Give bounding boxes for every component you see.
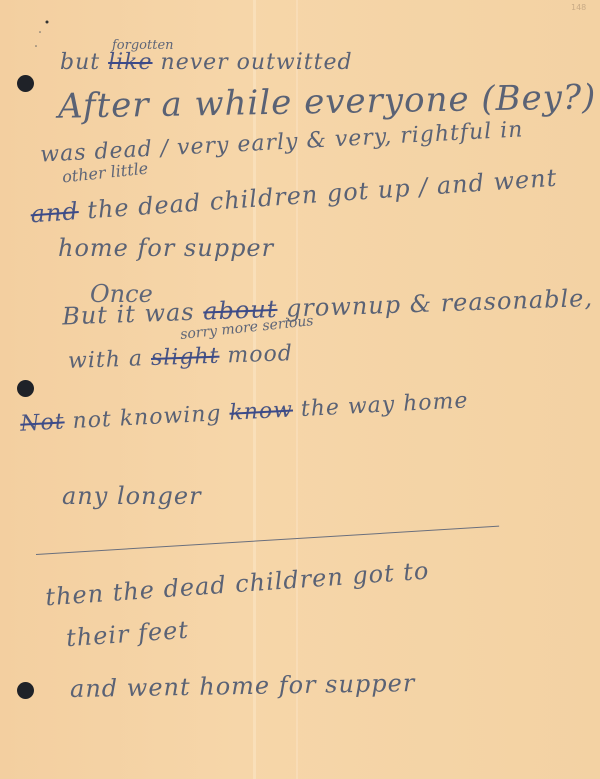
- handwritten-line: but like never outwitted: [60, 50, 353, 75]
- handwritten-line: then the dead children got to: [44, 557, 430, 612]
- struck-word: slight: [151, 344, 220, 371]
- page-number: 148: [571, 3, 586, 12]
- punch-hole: [17, 75, 34, 92]
- punch-hole: [17, 380, 34, 397]
- handwritten-line: home for supper: [58, 234, 274, 262]
- struck-word: and: [30, 197, 80, 228]
- section-divider-line: [36, 526, 499, 555]
- struck-word: like: [108, 50, 152, 75]
- handwritten-line: with a slight mood: [68, 341, 294, 374]
- struck-word: Not: [20, 409, 66, 436]
- handwritten-line: Not not knowing know the way home: [20, 388, 469, 436]
- handwritten-line: their feet: [65, 616, 190, 653]
- struck-word: know: [229, 397, 294, 425]
- punch-hole: [17, 682, 34, 699]
- handwritten-line: any longer: [62, 482, 202, 510]
- manuscript-page: 148 forgotten but like never outwitted A…: [0, 0, 600, 779]
- handwritten-line: and went home for supper: [70, 669, 416, 703]
